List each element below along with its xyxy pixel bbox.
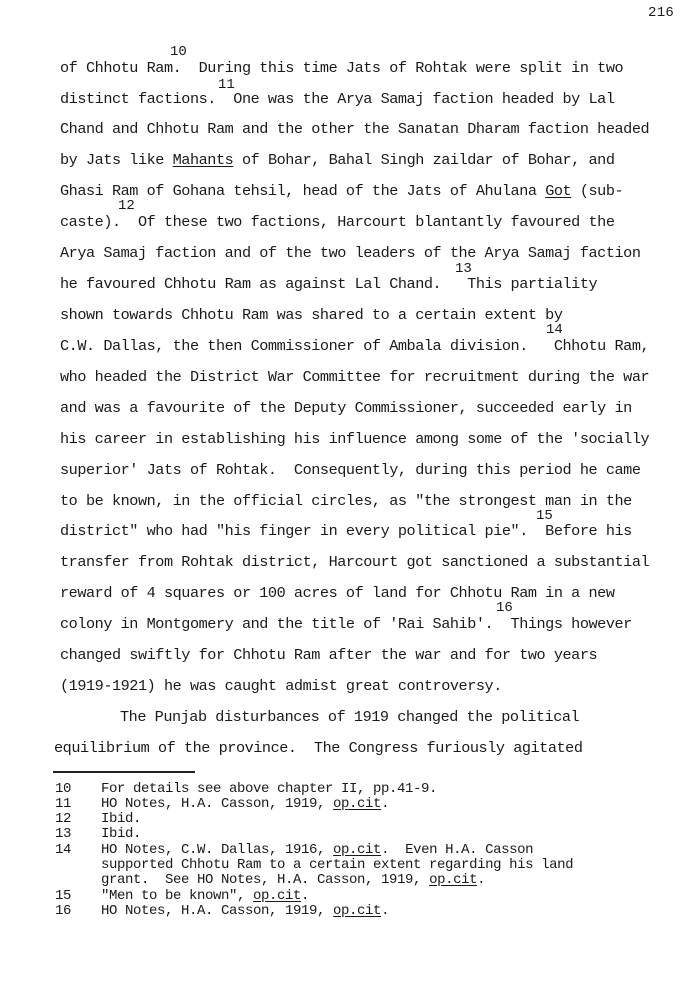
body-line: superior' Jats of Rohtak. Consequently, … [60,461,641,479]
body-line: he favoured Chhotu Ram as against Lal Ch… [60,275,597,293]
body-line: caste). Of these two factions, Harcourt … [60,213,615,231]
body-line: C.W. Dallas, the then Commissioner of Am… [60,337,649,355]
body-line: who headed the District War Committee fo… [60,368,649,386]
footnote-13: 13Ibid. [55,827,141,842]
footnote-14-continued: supported Chhotu Ram to a certain extent… [101,858,573,873]
body-line: district" who had "his finger in every p… [60,522,632,540]
footnote-10: 10For details see above chapter II, pp.4… [55,782,437,797]
body-line: (1919-1921) he was caught admist great c… [60,677,502,695]
footnote-marker-12: 12 [118,198,135,214]
page-number: 216 [648,5,674,21]
body-line: distinct factions. One was the Arya Sama… [60,90,615,108]
footnote-16: 16HO Notes, H.A. Casson, 1919, op.cit. [55,904,389,919]
body-line: by Jats like Mahants of Bohar, Bahal Sin… [60,151,615,169]
paragraph-start-line: The Punjab disturbances of 1919 changed … [120,708,579,726]
footnote-11: 11HO Notes, H.A. Casson, 1919, op.cit. [55,797,389,812]
footnote-marker-14: 14 [546,322,563,338]
underlined-term: Mahants [173,151,234,169]
footnote-separator [53,771,195,773]
body-line: Chand and Chhotu Ram and the other the S… [60,120,649,138]
footnote-14-continued: grant. See HO Notes, H.A. Casson, 1919, … [101,873,485,888]
footnote-15: 15"Men to be known", op.cit. [55,889,309,904]
body-line: changed swiftly for Chhotu Ram after the… [60,646,597,664]
body-line: transfer from Rohtak district, Harcourt … [60,553,649,571]
body-line: shown towards Chhotu Ram was shared to a… [60,306,563,324]
body-line: to be known, in the official circles, as… [60,492,632,510]
body-line: and was a favourite of the Deputy Commis… [60,399,632,417]
body-line: Ghasi Ram of Gohana tehsil, head of the … [60,182,623,200]
underlined-term: Got [545,182,571,200]
body-line: Arya Samaj faction and of the two leader… [60,244,641,262]
body-line: his career in establishing his influence… [60,430,649,448]
body-line: equilibrium of the province. The Congres… [54,739,583,757]
body-line: of Chhotu Ram. During this time Jats of … [60,59,623,77]
footnote-14: 14HO Notes, C.W. Dallas, 1916, op.cit. E… [55,843,533,858]
body-line: reward of 4 squares or 100 acres of land… [60,584,615,602]
footnote-marker-10: 10 [170,44,187,60]
footnote-marker-16: 16 [496,600,513,616]
body-line: colony in Montgomery and the title of 'R… [60,615,632,633]
footnote-12: 12Ibid. [55,812,141,827]
